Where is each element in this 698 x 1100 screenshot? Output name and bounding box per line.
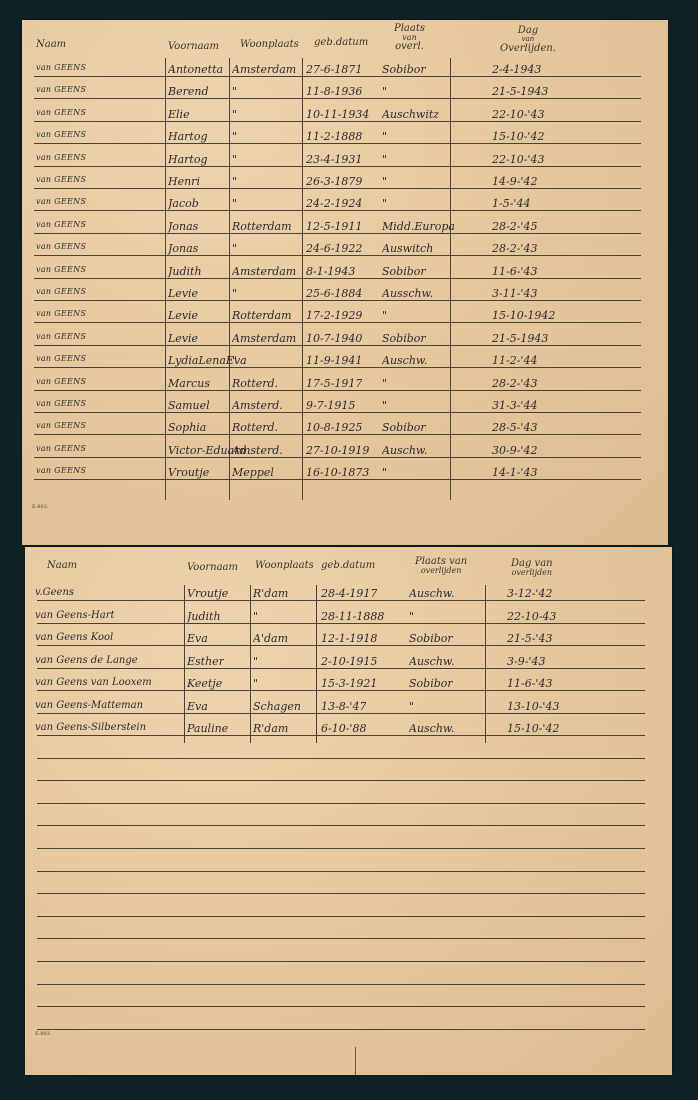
row-rule: [37, 668, 645, 669]
cell-geb-datum: 2-10-1915: [321, 655, 377, 668]
column-divider: [250, 585, 251, 743]
cell-woonplaats: ": [232, 354, 237, 367]
cell-geb-datum: 11-8-1936: [306, 85, 362, 98]
row-rule: [34, 479, 641, 480]
cell-dag-overlijden: 15-10-1942: [492, 309, 555, 322]
cell-plaats-overlijden: Sobibor: [409, 677, 453, 690]
cell-dag-overlijden: 14-9-'42: [492, 175, 537, 188]
cell-dag-overlijden: 11-6-'43: [507, 677, 552, 690]
header-woonplaats: Woonplaats: [240, 40, 299, 49]
cell-dag-overlijden: 15-10-'42: [507, 722, 559, 735]
cell-woonplaats: ": [232, 287, 237, 300]
header-dag-overlijden: Dag van Overlijden.: [500, 26, 556, 53]
cell-dag-overlijden: 28-5-'43: [492, 421, 537, 434]
cell-plaats-overlijden: Sobibor: [382, 332, 426, 345]
row-rule: [37, 713, 645, 714]
cell-naam: van GEENS: [36, 444, 86, 453]
empty-rule: [37, 758, 645, 759]
cell-voornaam: Antonetta: [168, 63, 223, 76]
cell-voornaam: Berend: [168, 85, 209, 98]
cell-geb-datum: 13-8-'47: [321, 700, 366, 713]
row-rule: [34, 98, 641, 99]
row-rule: [34, 76, 641, 77]
cell-naam: van Geens-Silberstein: [35, 722, 146, 733]
cell-plaats-overlijden: ": [382, 309, 387, 322]
cell-woonplaats: ": [253, 655, 258, 668]
row-rule: [37, 623, 645, 624]
cell-naam: van GEENS: [36, 265, 86, 274]
cell-naam: van GEENS: [36, 197, 86, 206]
cell-plaats-overlijden: Ausschw.: [382, 287, 433, 300]
cell-geb-datum: 16-10-1873: [306, 466, 369, 479]
header-naam: Naam: [36, 40, 66, 49]
cell-dag-overlijden: 28-2-'45: [492, 220, 537, 233]
cell-dag-overlijden: 3-12-'42: [507, 587, 552, 600]
row-rule: [34, 121, 641, 122]
cell-naam: van Geens Kool: [35, 632, 113, 643]
cell-geb-datum: 24-6-1922: [306, 242, 362, 255]
cell-plaats-overlijden: Auschw.: [409, 655, 455, 668]
cell-naam: van GEENS: [36, 130, 86, 139]
empty-rule: [37, 961, 645, 962]
cell-plaats-overlijden: Midd.Europa: [382, 220, 455, 233]
header-naam: Naam: [47, 561, 77, 570]
row-rule: [34, 233, 641, 234]
form-code: E.803.: [32, 504, 48, 510]
header-dag-overlijden: Dag van overlijden: [511, 559, 553, 577]
cell-woonplaats: Amsterd.: [232, 399, 283, 412]
cell-geb-datum: 6-10-'88: [321, 722, 366, 735]
record-sheet-2: Naam Voornaam Woonplaats geb.datum Plaat…: [25, 547, 672, 1075]
cell-voornaam: Levie: [168, 287, 198, 300]
cell-geb-datum: 12-1-1918: [321, 632, 377, 645]
cell-naam: van Geens-Matteman: [35, 700, 143, 711]
cell-plaats-overlijden: Auschw.: [409, 722, 455, 735]
row-rule: [34, 412, 641, 413]
row-rule: [34, 457, 641, 458]
cell-naam: van GEENS: [36, 466, 86, 475]
cell-naam: van GEENS: [36, 63, 86, 72]
cell-woonplaats: Rotterdam: [232, 309, 292, 322]
cell-woonplaats: Rotterdam: [232, 220, 292, 233]
cell-dag-overlijden: 21-5-1943: [492, 332, 548, 345]
cell-naam: van GEENS: [36, 332, 86, 341]
cell-naam: van GEENS: [36, 85, 86, 94]
empty-rule: [37, 803, 645, 804]
cell-plaats-overlijden: Auschw.: [382, 444, 428, 457]
cell-woonplaats: Rotterd.: [232, 377, 278, 390]
row-rule: [34, 322, 641, 323]
row-rule: [34, 255, 641, 256]
header-dag-line2: overlijden: [511, 568, 553, 577]
cell-voornaam: Judith: [168, 265, 202, 278]
cell-voornaam: Levie: [168, 332, 198, 345]
cell-plaats-overlijden: Auschw.: [409, 587, 455, 600]
cell-naam: van Geens de Lange: [35, 655, 138, 666]
cell-naam: van Geens-Hart: [35, 610, 115, 621]
empty-rule: [37, 871, 645, 872]
cell-geb-datum: 27-10-1919: [306, 444, 369, 457]
cell-dag-overlijden: 22-10-'43: [492, 108, 544, 121]
header-woonplaats: Woonplaats: [255, 561, 314, 570]
cell-plaats-overlijden: Sobibor: [382, 421, 426, 434]
cell-woonplaats: ": [253, 610, 258, 623]
cell-voornaam: Vroutje: [168, 466, 209, 479]
cell-dag-overlijden: 11-2-'44: [492, 354, 537, 367]
record-sheet-1: Naam Voornaam Woonplaats geb.datum Plaat…: [22, 20, 668, 545]
column-divider: [485, 585, 486, 743]
cell-woonplaats: ": [232, 242, 237, 255]
cell-dag-overlijden: 1-5-'44: [492, 197, 530, 210]
cell-dag-overlijden: 3-9-'43: [507, 655, 545, 668]
empty-rule: [37, 1029, 645, 1030]
cell-dag-overlijden: 15-10-'42: [492, 130, 544, 143]
empty-rule: [37, 848, 645, 849]
cell-voornaam: Sophia: [168, 421, 206, 434]
header-geb-datum: geb.datum: [321, 561, 375, 570]
cell-geb-datum: 11-2-1888: [306, 130, 362, 143]
cell-dag-overlijden: 21-5-1943: [492, 85, 548, 98]
cell-naam: van GEENS: [36, 309, 86, 318]
cell-plaats-overlijden: ": [382, 466, 387, 479]
cell-woonplaats: Meppel: [232, 466, 274, 479]
cell-voornaam: Eva: [187, 632, 208, 645]
cell-geb-datum: 11-9-1941: [306, 354, 362, 367]
empty-rule: [37, 1006, 645, 1007]
cell-voornaam: Jonas: [168, 220, 198, 233]
cell-dag-overlijden: 31-3-'44: [492, 399, 537, 412]
cell-woonplaats: ": [232, 153, 237, 166]
cell-woonplaats: ": [232, 85, 237, 98]
cell-geb-datum: 15-3-1921: [321, 677, 377, 690]
cell-naam: van GEENS: [36, 153, 86, 162]
cell-plaats-overlijden: ": [382, 377, 387, 390]
cell-naam: van GEENS: [36, 421, 86, 430]
cell-dag-overlijden: 28-2-'43: [492, 242, 537, 255]
cell-plaats-overlijden: Auschw.: [382, 354, 428, 367]
cell-dag-overlijden: 11-6-'43: [492, 265, 537, 278]
cell-voornaam: Jacob: [168, 197, 199, 210]
cell-geb-datum: 23-4-1931: [306, 153, 362, 166]
cell-geb-datum: 24-2-1924: [306, 197, 362, 210]
header-dag-line1: Dag van: [511, 559, 553, 568]
cell-geb-datum: 8-1-1943: [306, 265, 355, 278]
column-divider: [316, 585, 317, 743]
cell-dag-overlijden: 30-9-'42: [492, 444, 537, 457]
row-rule: [34, 345, 641, 346]
row-rule: [34, 166, 641, 167]
header-plaats-line1: Plaats van: [415, 557, 467, 566]
cell-plaats-overlijden: Auswitch: [382, 242, 433, 255]
row-rule: [34, 278, 641, 279]
cell-geb-datum: 25-6-1884: [306, 287, 362, 300]
header-plaats-overlijden: Plaats van overlijden: [415, 557, 467, 575]
cell-plaats-overlijden: ": [409, 610, 414, 623]
cell-woonplaats: Rotterd.: [232, 421, 278, 434]
cell-geb-datum: 28-11-1888: [321, 610, 384, 623]
cell-geb-datum: 26-3-1879: [306, 175, 362, 188]
header-dag-line3: Overlijden.: [500, 44, 556, 53]
header-voornaam: Voornaam: [187, 563, 238, 572]
cell-plaats-overlijden: Sobibor: [409, 632, 453, 645]
cell-plaats-overlijden: ": [382, 399, 387, 412]
header-geb-datum: geb.datum: [314, 38, 368, 47]
cell-dag-overlijden: 3-11-'43: [492, 287, 537, 300]
row-rule: [37, 690, 645, 691]
cell-woonplaats: ": [232, 197, 237, 210]
cell-dag-overlijden: 14-1-'43: [492, 466, 537, 479]
row-rule: [34, 300, 641, 301]
column-divider: [184, 585, 185, 743]
header-plaats-line2: overlijden: [415, 566, 467, 575]
row-rule: [34, 188, 641, 189]
empty-rule: [37, 984, 645, 985]
header-plaats-line3: overl.: [394, 42, 425, 51]
cell-naam: van GEENS: [36, 287, 86, 296]
cell-voornaam: Judith: [187, 610, 221, 623]
empty-rule: [37, 893, 645, 894]
cell-woonplaats: ": [232, 130, 237, 143]
cell-dag-overlijden: 22-10-43: [507, 610, 556, 623]
cell-naam: van GEENS: [36, 354, 86, 363]
cell-geb-datum: 17-2-1929: [306, 309, 362, 322]
cell-geb-datum: 28-4-1917: [321, 587, 377, 600]
cell-geb-datum: 10-7-1940: [306, 332, 362, 345]
cell-voornaam: Keetje: [187, 677, 222, 690]
cell-naam: van GEENS: [36, 377, 86, 386]
cell-voornaam: Samuel: [168, 399, 210, 412]
row-rule: [37, 600, 645, 601]
cell-geb-datum: 12-5-1911: [306, 220, 362, 233]
cell-woonplaats: ": [253, 677, 258, 690]
cell-naam: van GEENS: [36, 399, 86, 408]
cell-geb-datum: 17-5-1917: [306, 377, 362, 390]
cell-voornaam: Hartog: [168, 130, 208, 143]
row-rule: [34, 210, 641, 211]
cell-voornaam: Jonas: [168, 242, 198, 255]
row-rule: [34, 434, 641, 435]
cell-naam: van Geens van Loохem: [35, 677, 152, 688]
row-rule: [34, 390, 641, 391]
cell-woonplaats: R'dam: [253, 587, 288, 600]
cell-naam: van GEENS: [36, 220, 86, 229]
cell-plaats-overlijden: ": [409, 700, 414, 713]
cell-plaats-overlijden: ": [382, 197, 387, 210]
row-rule: [34, 367, 641, 368]
cell-plaats-overlijden: ": [382, 153, 387, 166]
cell-dag-overlijden: 28-2-'43: [492, 377, 537, 390]
cell-plaats-overlijden: Sobibor: [382, 63, 426, 76]
cell-voornaam: Marcus: [168, 377, 210, 390]
cell-geb-datum: 10-11-1934: [306, 108, 369, 121]
cell-woonplaats: Amsterdam: [232, 332, 296, 345]
cell-dag-overlijden: 22-10-'43: [492, 153, 544, 166]
cell-plaats-overlijden: Auschwitz: [382, 108, 439, 121]
cell-woonplaats: Schagen: [253, 700, 301, 713]
cell-voornaam: Pauline: [187, 722, 228, 735]
row-rule: [34, 143, 641, 144]
cell-naam: van GEENS: [36, 242, 86, 251]
empty-rule: [37, 938, 645, 939]
cell-woonplaats: Amsterdam: [232, 265, 296, 278]
empty-rule: [37, 780, 645, 781]
empty-rule: [37, 916, 645, 917]
cell-plaats-overlijden: ": [382, 85, 387, 98]
cell-plaats-overlijden: ": [382, 130, 387, 143]
header-voornaam: Voornaam: [168, 42, 219, 51]
cell-dag-overlijden: 21-5-'43: [507, 632, 552, 645]
row-rule: [37, 645, 645, 646]
cell-voornaam: Vroutje: [187, 587, 228, 600]
cell-geb-datum: 10-8-1925: [306, 421, 362, 434]
cell-voornaam: Esther: [187, 655, 224, 668]
header-plaats-line1: Plaats: [394, 24, 425, 33]
cell-naam: van GEENS: [36, 175, 86, 184]
cell-voornaam: Elie: [168, 108, 190, 121]
cell-woonplaats: A'dam: [253, 632, 288, 645]
cell-dag-overlijden: 13-10-'43: [507, 700, 559, 713]
form-code: E.803.: [35, 1031, 51, 1037]
cell-voornaam: Hartog: [168, 153, 208, 166]
cell-woonplaats: R'dam: [253, 722, 288, 735]
cell-naam: v.Geens: [35, 587, 74, 598]
cell-geb-datum: 9-7-1915: [306, 399, 355, 412]
cell-plaats-overlijden: ": [382, 175, 387, 188]
cell-naam: van GEENS: [36, 108, 86, 117]
header-dag-line1: Dag: [500, 26, 556, 35]
cell-voornaam: Levie: [168, 309, 198, 322]
cell-woonplaats: Amsterdam: [232, 63, 296, 76]
cell-woonplaats: ": [232, 108, 237, 121]
paper-tear: [355, 1047, 356, 1075]
header-plaats-overlijden: Plaats van overl.: [394, 24, 425, 51]
row-rule: [37, 735, 645, 736]
cell-woonplaats: Amsterd.: [232, 444, 283, 457]
cell-geb-datum: 27-6-1871: [306, 63, 362, 76]
empty-rule: [37, 825, 645, 826]
cell-dag-overlijden: 2-4-1943: [492, 63, 541, 76]
cell-plaats-overlijden: Sobibor: [382, 265, 426, 278]
cell-voornaam: Henri: [168, 175, 200, 188]
cell-woonplaats: ": [232, 175, 237, 188]
cell-voornaam: Eva: [187, 700, 208, 713]
